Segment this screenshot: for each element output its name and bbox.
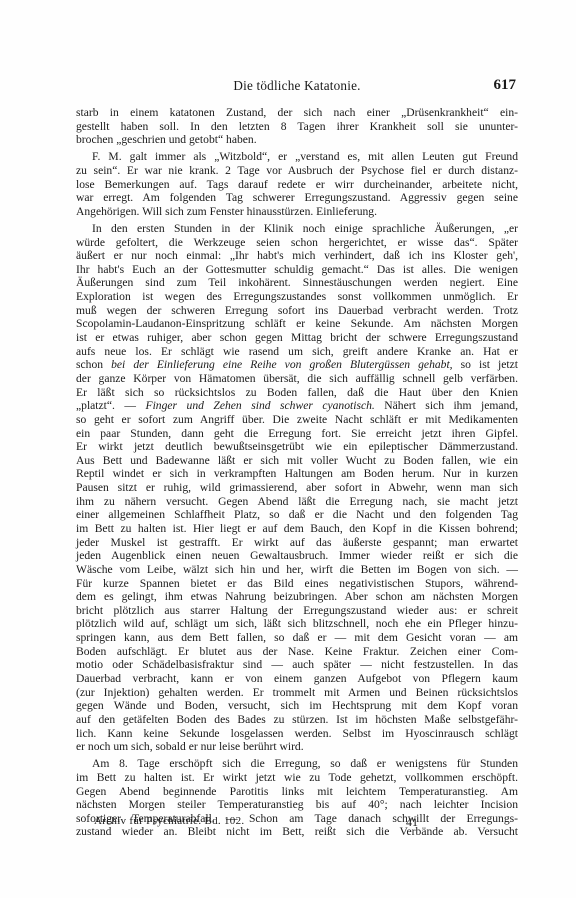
- text-line: Äußerungen sind zum Teil inkohärent. Sin…: [76, 276, 518, 290]
- text-line: Er wirkt jetzt deutlich bewußtseinsgetrü…: [76, 440, 518, 454]
- text-line: gestellt haben soll. In den letzten 8 Ta…: [76, 120, 518, 134]
- page-number: 617: [494, 77, 517, 94]
- text-line: war erregt. Am folgenden Tag schwerer Er…: [76, 191, 518, 205]
- text-line: gegen Wände und Boden, versucht, sich im…: [76, 699, 518, 713]
- text-line: so geht er sofort zum Angriff über. Die …: [76, 413, 518, 427]
- text-line: Am 8. Tage erschöpft sich die Erregung, …: [76, 757, 518, 771]
- paragraph: starb in einem katatonen Zustand, der si…: [76, 106, 518, 147]
- text-line: Angehörigen. Will sich zum Fenster hinau…: [76, 205, 518, 219]
- text-line: nächsten Morgen steiler Temperaturanstie…: [76, 798, 518, 812]
- text-line: lose Bemerkungen auf. Tags darauf redete…: [76, 178, 518, 192]
- text-line: schon bei der Einlieferung eine Reihe vo…: [76, 358, 518, 372]
- text-line: (zur Injektion) gehalten werden. Er trom…: [76, 686, 518, 700]
- text-line: auf den getäfelten Boden des Bades zu st…: [76, 713, 518, 727]
- text-line: er noch um sich, sobald er nur leise ber…: [76, 740, 518, 754]
- text-line: ist er etwas ruhiger, aber schon gegen M…: [76, 331, 518, 345]
- printer-signature: 41: [406, 815, 418, 830]
- text-line: plötzlich wild auf, schlägt um sich, läß…: [76, 617, 518, 631]
- journal-source: Archiv für Psychiatrie. Bd. 102.: [94, 815, 244, 827]
- running-head: Die tödliche Katatonie. 617: [76, 78, 518, 96]
- text-line: jeder Muskel ist gestrafft. Er wirkt auf…: [76, 536, 518, 550]
- text-line: Er läßt sich so rücksichtslos zu Boden f…: [76, 386, 518, 400]
- text-line: einer allgemeinen Schlaffheit Platz, so …: [76, 508, 518, 522]
- text-line: zu sein“. Er war nie krank. 2 Tage vor A…: [76, 164, 518, 178]
- body-text: starb in einem katatonen Zustand, der si…: [76, 106, 518, 839]
- paragraph: F. M. galt immer als „Witzbold“, er „ver…: [76, 150, 518, 218]
- text-line: muß wegen der schweren Erregung sofort i…: [76, 304, 518, 318]
- text-line: Aus Bett und Badewanne läßt er sich mit …: [76, 454, 518, 468]
- text-line: ein paar Stunden, dann geht die Erregung…: [76, 427, 518, 441]
- document-page: Die tödliche Katatonie. 617 starb in ein…: [0, 0, 576, 898]
- text-line: Ihr habt's Euch an der Gottesmutter schu…: [76, 263, 518, 277]
- page-footer: Archiv für Psychiatrie. Bd. 102. 41: [94, 815, 494, 831]
- paragraph: In den ersten Stunden in der Klinik noch…: [76, 222, 518, 754]
- text-line: F. M. galt immer als „Witzbold“, er „ver…: [76, 150, 518, 164]
- text-line: bricht plötzlich aus starrer Haltung der…: [76, 604, 518, 618]
- text-line: Dauerbad verbracht, kann er von einem ga…: [76, 672, 518, 686]
- text-line: Für kurze Spannen bietet er das Bild ein…: [76, 577, 518, 591]
- text-line: lich. Kann keine Sekunde losgelassen wer…: [76, 727, 518, 741]
- text-line: springen kann, aus dem Bett fallen, so d…: [76, 631, 518, 645]
- running-title: Die tödliche Katatonie.: [76, 78, 518, 94]
- text-line: Wäsche vom Leibe, wälzt sich hin und her…: [76, 563, 518, 577]
- text-line: im Bett zu halten ist. Hier liegt er auf…: [76, 522, 518, 536]
- text-line: Exploration ist wegen des Erregungszusta…: [76, 290, 518, 304]
- text-line: motio oder Schädelbasisfraktur sind — au…: [76, 658, 518, 672]
- text-line: Reptil windet er sich in verkrampften Ha…: [76, 467, 518, 481]
- text-line: starb in einem katatonen Zustand, der si…: [76, 106, 518, 120]
- text-line: der ganze Körper von Hämatomen übersät, …: [76, 372, 518, 386]
- text-line: würde gefoltert, die Werkzeuge seien sch…: [76, 236, 518, 250]
- text-line: aufs neue los. Er schlägt wie rasend um …: [76, 345, 518, 359]
- text-line: Boden aufschlägt. Er blutet aus der Nase…: [76, 645, 518, 659]
- emphasis: Finger und Zehen sind schwer cyanotisch.: [146, 399, 375, 412]
- text-line: In den ersten Stunden in der Klinik noch…: [76, 222, 518, 236]
- text-line: äußert er nur noch einmal: „Ihr habt's m…: [76, 249, 518, 263]
- text-line: Scopolamin-Laudanon-Einspritzung schläft…: [76, 317, 518, 331]
- text-line: dem es gelingt, ihm etwas Nahrung beizub…: [76, 590, 518, 604]
- text-line: Pausen sitzt er ruhig, wild grimassieren…: [76, 481, 518, 495]
- text-line: brochen „geschrien und getobt“ haben.: [76, 133, 518, 147]
- text-line: im Bett zu halten ist. Er wirkt jetzt wi…: [76, 771, 518, 785]
- text-line: „platzt“. — Finger und Zehen sind schwer…: [76, 399, 518, 413]
- emphasis: bei der Einlieferung eine Reihe von groß…: [111, 358, 452, 371]
- text-line: ihm zu nähern versucht. Gegen Abend läßt…: [76, 495, 518, 509]
- text-line: jeden Augenblick einen neuen Gewaltausbr…: [76, 549, 518, 563]
- text-line: Gegen Abend beginnende Parotitis links m…: [76, 785, 518, 799]
